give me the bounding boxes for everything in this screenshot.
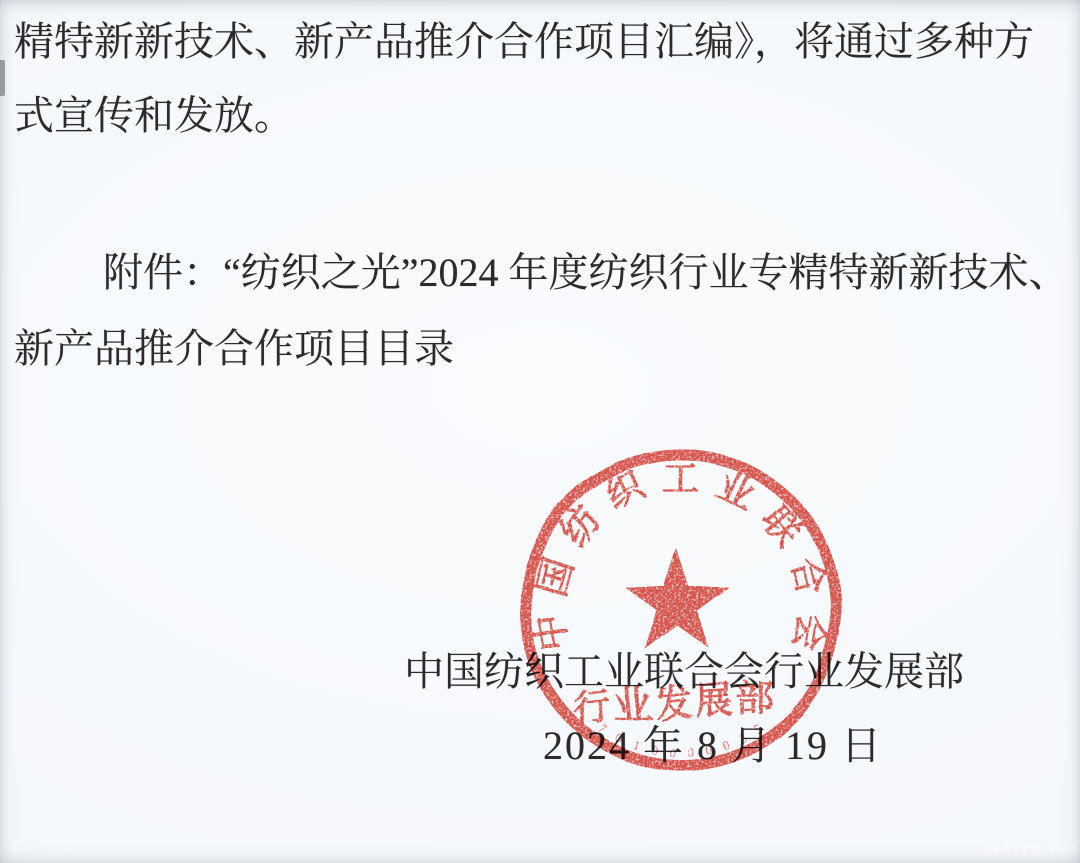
seal-ring-text: 纺 <box>553 498 609 553</box>
seal-ring-text: 业 <box>710 466 761 519</box>
signature-date: 2024 年 8 月 19 日 <box>543 724 883 768</box>
seal-ring-text: 织 <box>600 464 652 518</box>
attachment-line-2: 新产品推介合作项目目录 <box>14 327 454 371</box>
attachment-line-1: 附件：“纺织之光”2024 年度纺织行业专精特新新技术、 <box>103 251 1069 295</box>
seal-artwork: 中国纺织工业联合会行业发展部7010000035 <box>526 455 836 765</box>
body-text-line-2: 式宣传和发放。 <box>14 94 294 138</box>
seal-ring-text: 合 <box>782 553 832 600</box>
seal-ring-text: 会 <box>786 611 834 655</box>
seal-ring-text: 中 <box>529 611 577 655</box>
seal-star-icon <box>625 549 730 649</box>
seal-ring-text: 国 <box>530 553 580 600</box>
seal-ring-text: 工 <box>663 460 700 501</box>
seal-ring-text: 联 <box>753 498 809 553</box>
signature-organization: 中国纺织工业联合会行业发展部 <box>404 650 964 694</box>
watermark: esfirm.com <box>983 841 1078 859</box>
document-page: 精特新新技术、新产品推介合作项目汇编》，将通过多种方 式宣传和发放。 附件：“纺… <box>0 0 1080 863</box>
body-text-line-1: 精特新新技术、新产品推介合作项目汇编》，将通过多种方 <box>14 20 1034 64</box>
scan-artifact <box>0 60 5 96</box>
seal-ring <box>526 455 836 765</box>
